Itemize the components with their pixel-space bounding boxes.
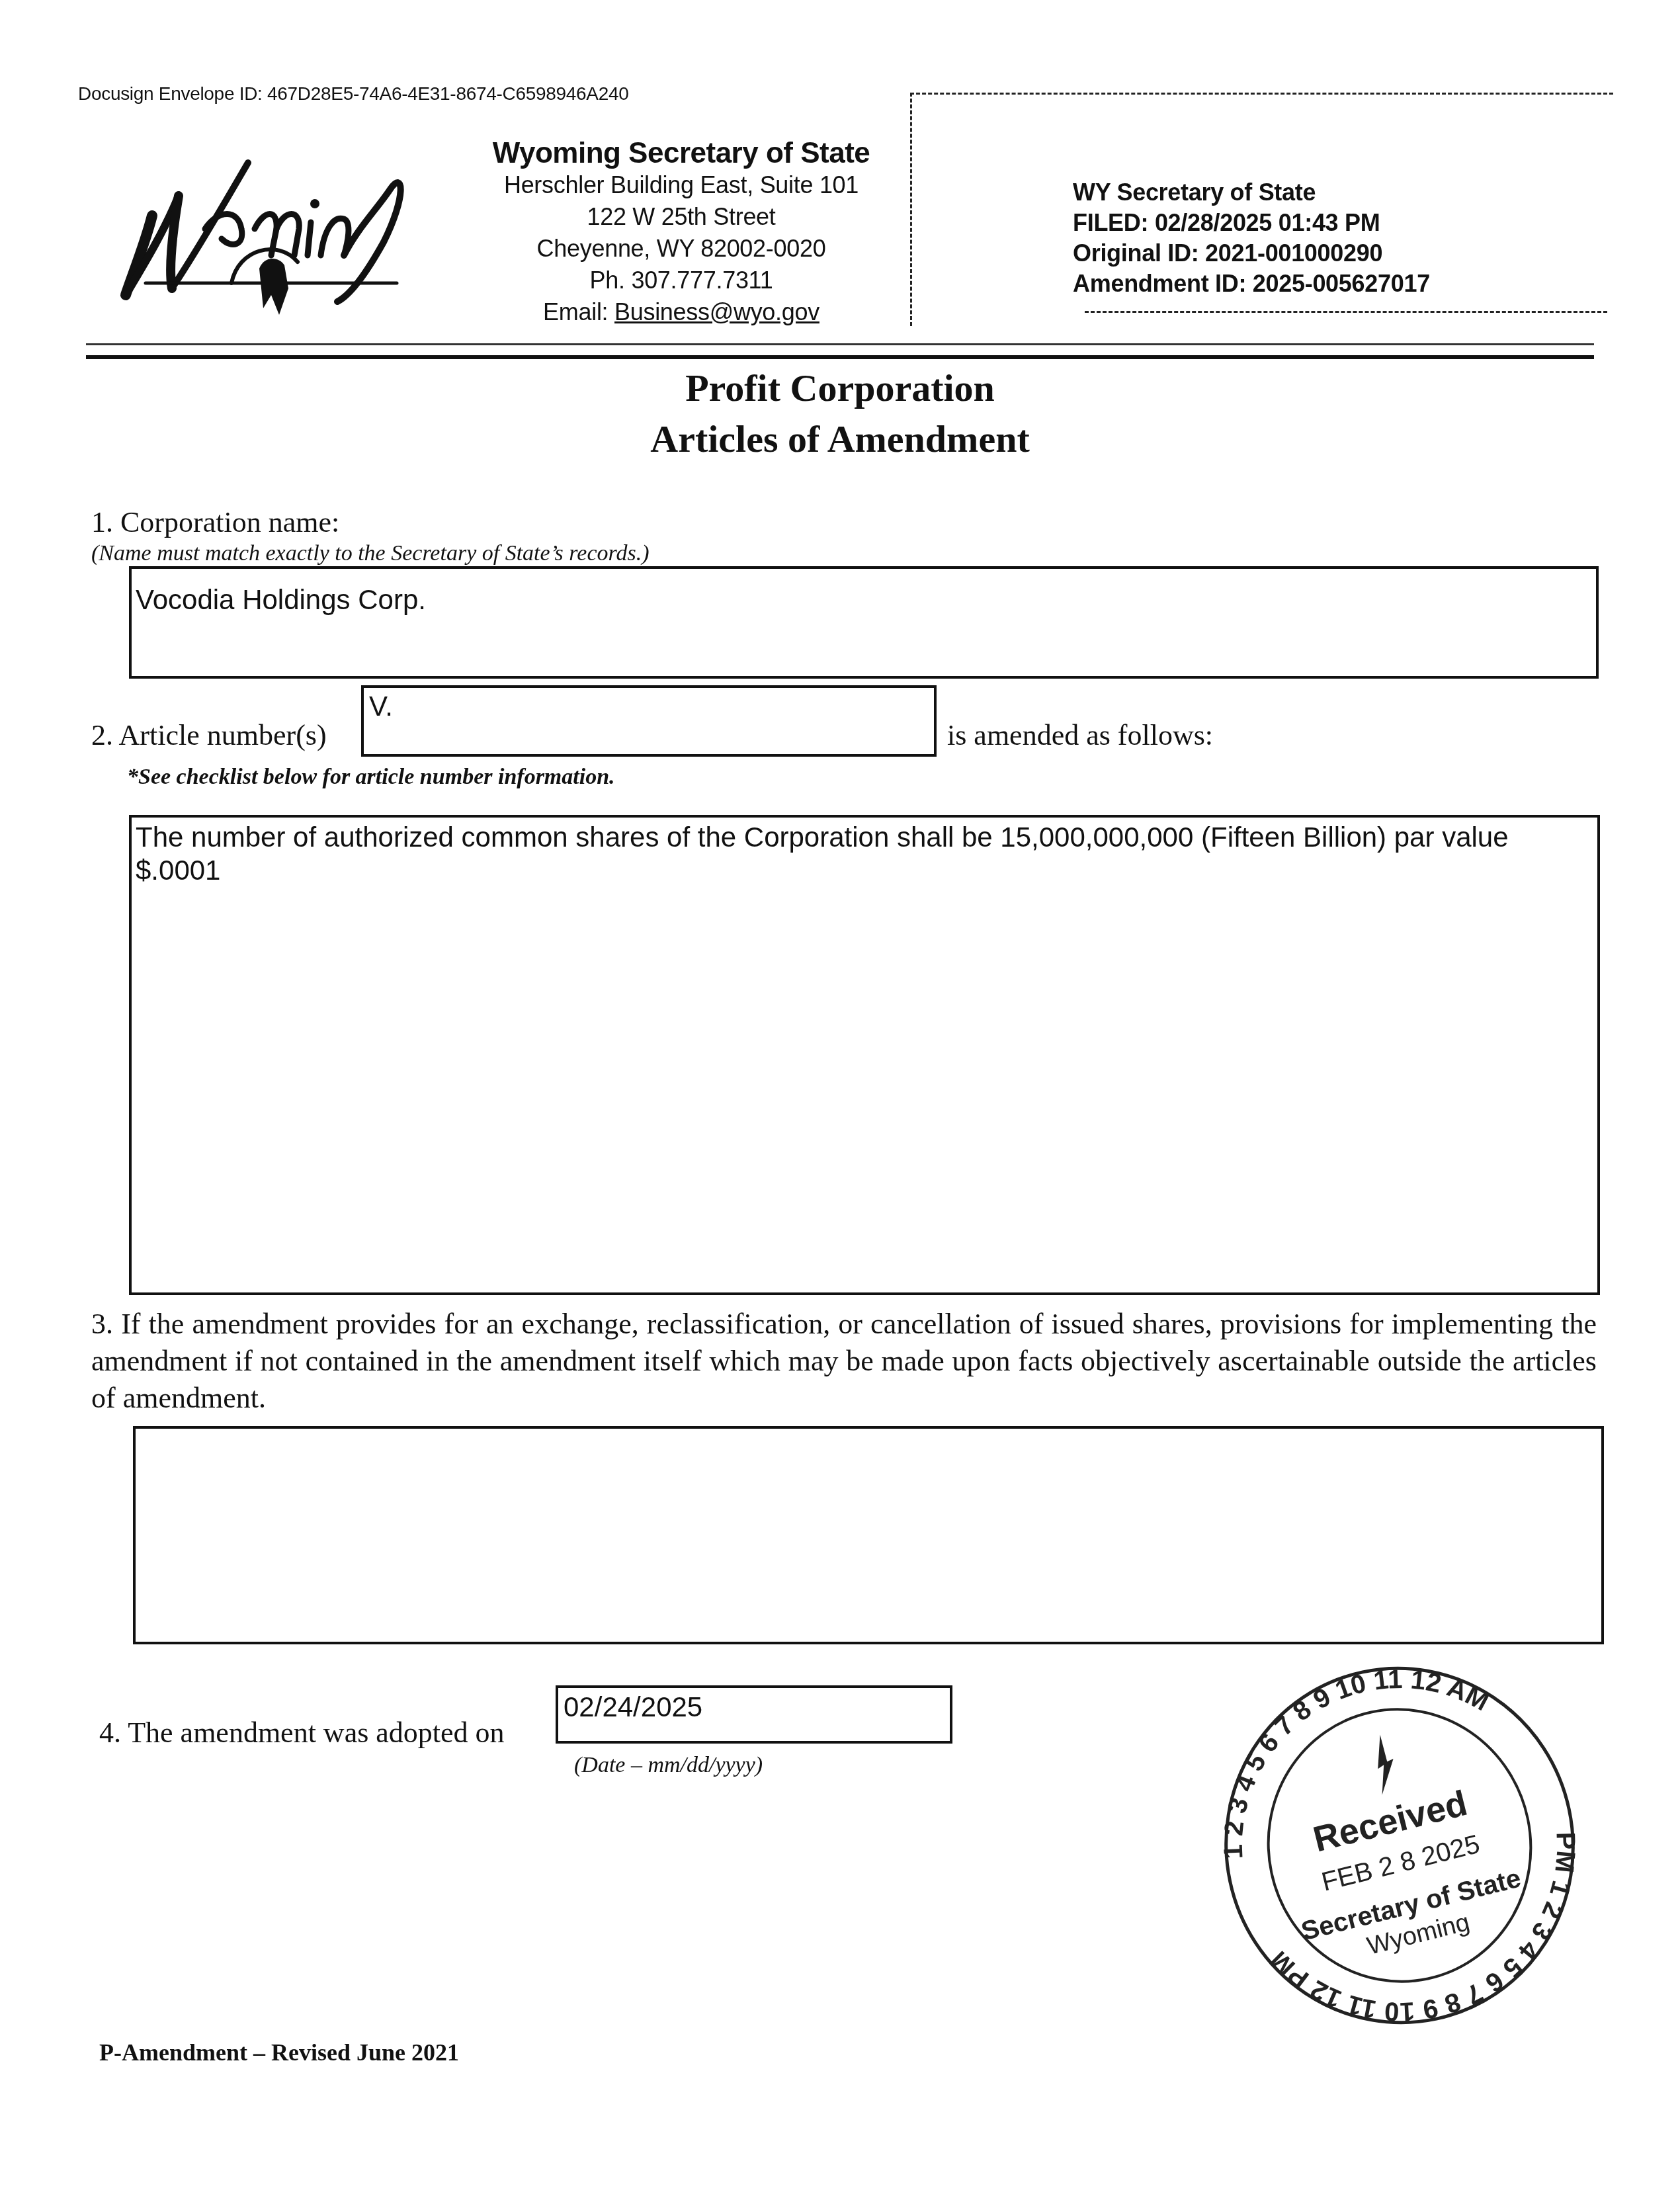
amended-as-follows-label: is amended as follows: bbox=[947, 718, 1213, 752]
email-link[interactable]: Business@wyo.gov bbox=[614, 298, 819, 325]
docusign-envelope-id: Docusign Envelope ID: 467D28E5-74A6-4E31… bbox=[78, 83, 629, 105]
office-address-line: Herschler Building East, Suite 101 bbox=[463, 169, 900, 201]
office-address-block: Wyoming Secretary of State Herschler Bui… bbox=[463, 138, 900, 328]
received-stamp: 1 2 3 4 5 6 7 8 9 10 11 12 AM PM 1 2 3 4… bbox=[1214, 1660, 1585, 2031]
office-title: Wyoming Secretary of State bbox=[463, 138, 900, 169]
share-exchange-provisions-field[interactable] bbox=[133, 1426, 1604, 1644]
amendment-id: Amendment ID: 2025-005627017 bbox=[1073, 269, 1430, 299]
corporation-name-field[interactable]: Vocodia Holdings Corp. bbox=[129, 566, 1599, 679]
filing-office: WY Secretary of State bbox=[1073, 177, 1430, 208]
wyoming-logo-icon bbox=[106, 130, 437, 321]
amendment-text-value: The number of authorized common shares o… bbox=[136, 821, 1593, 887]
original-id: Original ID: 2021-001000290 bbox=[1073, 238, 1430, 269]
adoption-date-value: 02/24/2025 bbox=[564, 1691, 945, 1724]
article-number-field[interactable]: V. bbox=[361, 685, 937, 757]
office-address-line: Cheyenne, WY 82002-0020 bbox=[463, 233, 900, 265]
adoption-date-field[interactable]: 02/24/2025 bbox=[556, 1685, 952, 1744]
office-email: Email: Business@wyo.gov bbox=[463, 296, 900, 328]
email-label: Email: bbox=[543, 298, 614, 325]
header-rule bbox=[86, 343, 1594, 345]
form-title: Profit Corporation bbox=[0, 366, 1680, 410]
adoption-date-label: 4. The amendment was adopted on bbox=[99, 1716, 505, 1750]
amendment-text-field[interactable]: The number of authorized common shares o… bbox=[129, 815, 1600, 1295]
corporation-name-note: (Name must match exactly to the Secretar… bbox=[91, 541, 650, 566]
form-revision-footer: P-Amendment – Revised June 2021 bbox=[99, 2039, 459, 2066]
office-address-line: 122 W 25th Street bbox=[463, 201, 900, 233]
office-phone: Ph. 307.777.7311 bbox=[463, 265, 900, 296]
filing-info: WY Secretary of State FILED: 02/28/2025 … bbox=[1073, 177, 1430, 299]
form-subtitle: Articles of Amendment bbox=[0, 417, 1680, 461]
corporation-name-value: Vocodia Holdings Corp. bbox=[136, 583, 1592, 616]
article-number-note: *See checklist below for article number … bbox=[127, 765, 615, 790]
article-number-value: V. bbox=[369, 688, 929, 725]
article-number-label: 2. Article number(s) bbox=[91, 718, 327, 752]
share-exchange-provisions-label: 3. If the amendment provides for an exch… bbox=[91, 1306, 1597, 1417]
header-rule bbox=[86, 355, 1594, 359]
arrow-icon bbox=[1370, 1733, 1400, 1795]
adoption-date-hint: (Date – mm/dd/yyyy) bbox=[574, 1753, 763, 1778]
filing-date: FILED: 02/28/2025 01:43 PM bbox=[1073, 208, 1430, 238]
filing-stamp-box-divider bbox=[1085, 311, 1607, 313]
corporation-name-label: 1. Corporation name: bbox=[91, 505, 339, 539]
